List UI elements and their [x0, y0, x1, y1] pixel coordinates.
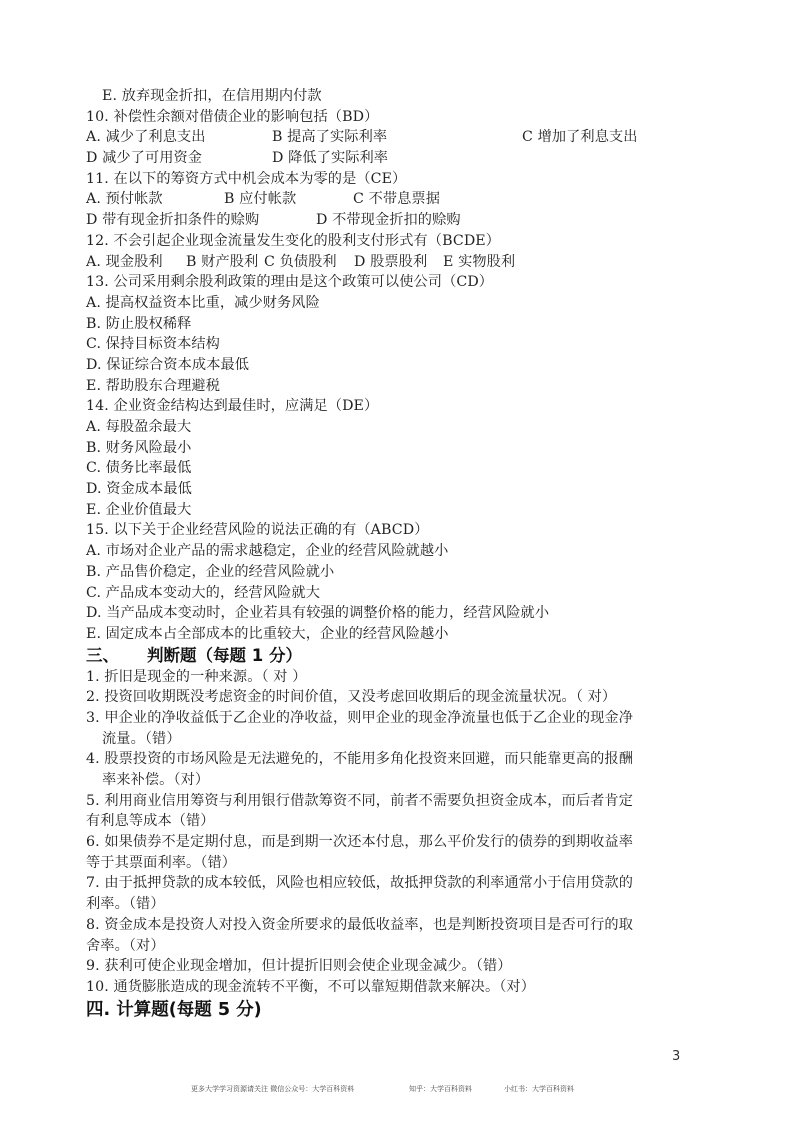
q14-option-c: C. 债务比率最低 [86, 458, 726, 479]
tf-item-10: 10. 通货膨胀造成的现金流转不平衡，不可以靠短期借款来解决。（对） [86, 977, 726, 998]
document-page: E. 放弃现金折扣，在信用期内付款 10. 补偿性余额对借债企业的影响包括（BD… [0, 0, 793, 1122]
q13-option-d: D. 保证综合资本成本最低 [86, 355, 726, 376]
tf-item-7: 7. 由于抵押贷款的成本较低，风险也相应较低，故抵押贷款的利率通常小于信用贷款的 [86, 873, 726, 894]
q10-options-row2: D 减少了可用资金 D 降低了实际利率 [86, 148, 726, 169]
q13-option-e: E. 帮助股东合理避税 [86, 376, 726, 397]
tf-item-6: 6. 如果债券不是定期付息，而是到期一次还本付息，那么平价发行的债券的到期收益率 [86, 832, 726, 853]
tf-item-3-cont: 流量。（错） [86, 729, 726, 750]
section-number: 三、 [86, 646, 119, 665]
section-heading-calculation: 四. 计算题(每题 5 分) [86, 998, 726, 1022]
q14-option-b: B. 财务风险最小 [86, 438, 726, 459]
tf-item-6-cont: 等于其票面利率。（错） [86, 853, 726, 874]
q11-option-c: C 不带息票据 [353, 189, 440, 210]
q14-option-d: D. 资金成本最低 [86, 479, 726, 500]
section-heading-true-false: 三、判断题（每题 1 分） [86, 645, 726, 667]
tf-item-4-cont: 率来补偿。（对） [86, 770, 726, 791]
page-content: E. 放弃现金折扣，在信用期内付款 10. 补偿性余额对借债企业的影响包括（BD… [86, 86, 726, 1022]
footer-xiaohongshu: 小红书：大学百科资料 [504, 1084, 574, 1094]
tf-item-9: 9. 获利可使企业现金增加，但计提折旧则会使企业现金减少。（错） [86, 956, 726, 977]
q11-options-row1: A. 预付帐款 B 应付帐款 C 不带息票据 [86, 189, 726, 210]
q11-option-a: A. 预付帐款 [86, 189, 163, 210]
q12-question: 12. 不会引起企业现金流量发生变化的股利支付形式有（BCDE） [86, 231, 726, 252]
page-number: 3 [672, 1049, 680, 1064]
tf-item-1: 1. 折旧是现金的一种来源。（ 对 ） [86, 667, 726, 688]
q10-option-b: B 提高了实际利率 [272, 127, 387, 148]
q11-option-d2: D 不带现金折扣的赊购 [316, 210, 461, 231]
q15-option-d: D. 当产品成本变动时，企业若具有较强的调整价格的能力，经营风险就小 [86, 603, 726, 624]
q12-options-row1-cont: D 股票股利 E 实物股利 [86, 252, 726, 273]
q12-option-d: D 股票股利 [354, 252, 427, 273]
tf-item-8-cont: 舍率。（对） [86, 936, 726, 957]
q14-option-a: A. 每股盈余最大 [86, 417, 726, 438]
q12-option-e: E 实物股利 [443, 252, 515, 273]
q13-option-c: C. 保持目标资本结构 [86, 334, 726, 355]
q13-option-a: A. 提高权益资本比重，减少财务风险 [86, 293, 726, 314]
q10-option-d: D 减少了可用资金 [86, 148, 202, 169]
q11-option-b: B 应付帐款 [224, 189, 296, 210]
tf-item-5-cont: 有利息等成本（错） [86, 811, 726, 832]
q15-option-c: C. 产品成本变动大的，经营风险就大 [86, 583, 726, 604]
q15-option-b: B. 产品售价稳定，企业的经营风险就小 [86, 562, 726, 583]
q9-option-e: E. 放弃现金折扣，在信用期内付款 [86, 86, 726, 107]
q11-question: 11. 在以下的筹资方式中机会成本为零的是（CE） [86, 169, 726, 190]
q10-option-a: A. 减少了利息支出 [86, 127, 206, 148]
q14-option-e: E. 企业价值最大 [86, 500, 726, 521]
footer-zhihu: 知乎：大学百科资料 [409, 1084, 472, 1094]
q10-question: 10. 补偿性余额对借债企业的影响包括（BD） [86, 107, 726, 128]
q15-question: 15. 以下关于企业经营风险的说法正确的有（ABCD） [86, 520, 726, 541]
q15-option-a: A. 市场对企业产品的需求越稳定，企业的经营风险就越小 [86, 541, 726, 562]
q10-option-d2: D 降低了实际利率 [272, 148, 388, 169]
footer-wechat: 更多大学学习资源请关注 微信公众号：大学百科资料 [191, 1084, 354, 1094]
q10-option-c: C 增加了利息支出 [522, 127, 638, 148]
tf-item-3: 3. 甲企业的净收益低于乙企业的净收益，则甲企业的现金净流量也低于乙企业的现金净 [86, 708, 726, 729]
q13-option-b: B. 防止股权稀释 [86, 314, 726, 335]
tf-item-8: 8. 资金成本是投资人对投入资金所要求的最低收益率，也是判断投资项目是否可行的取 [86, 915, 726, 936]
q11-options-row2: D 带有现金折扣条件的赊购 D 不带现金折扣的赊购 [86, 210, 726, 231]
section-title: 判断题（每题 1 分） [147, 646, 302, 665]
q11-option-d: D 带有现金折扣条件的赊购 [86, 210, 259, 231]
q15-option-e: E. 固定成本占全部成本的比重较大，企业的经营风险越小 [86, 624, 726, 645]
q13-question: 13. 公司采用剩余股利政策的理由是这个政策可以使公司（CD） [86, 272, 726, 293]
q10-options-row1: A. 减少了利息支出 B 提高了实际利率 C 增加了利息支出 [86, 127, 726, 148]
tf-item-4: 4. 股票投资的市场风险是无法避免的，不能用多角化投资来回避，而只能靠更高的报酬 [86, 749, 726, 770]
tf-item-2: 2. 投资回收期既没考虑资金的时间价值，又没考虑回收期后的现金流量状况。（ 对） [86, 687, 726, 708]
q14-question: 14. 企业资金结构达到最佳时，应满足（DE） [86, 396, 726, 417]
tf-item-5: 5. 利用商业信用筹资与利用银行借款筹资不同，前者不需要负担资金成本，而后者肯定 [86, 791, 726, 812]
tf-item-7-cont: 利率。（错） [86, 894, 726, 915]
